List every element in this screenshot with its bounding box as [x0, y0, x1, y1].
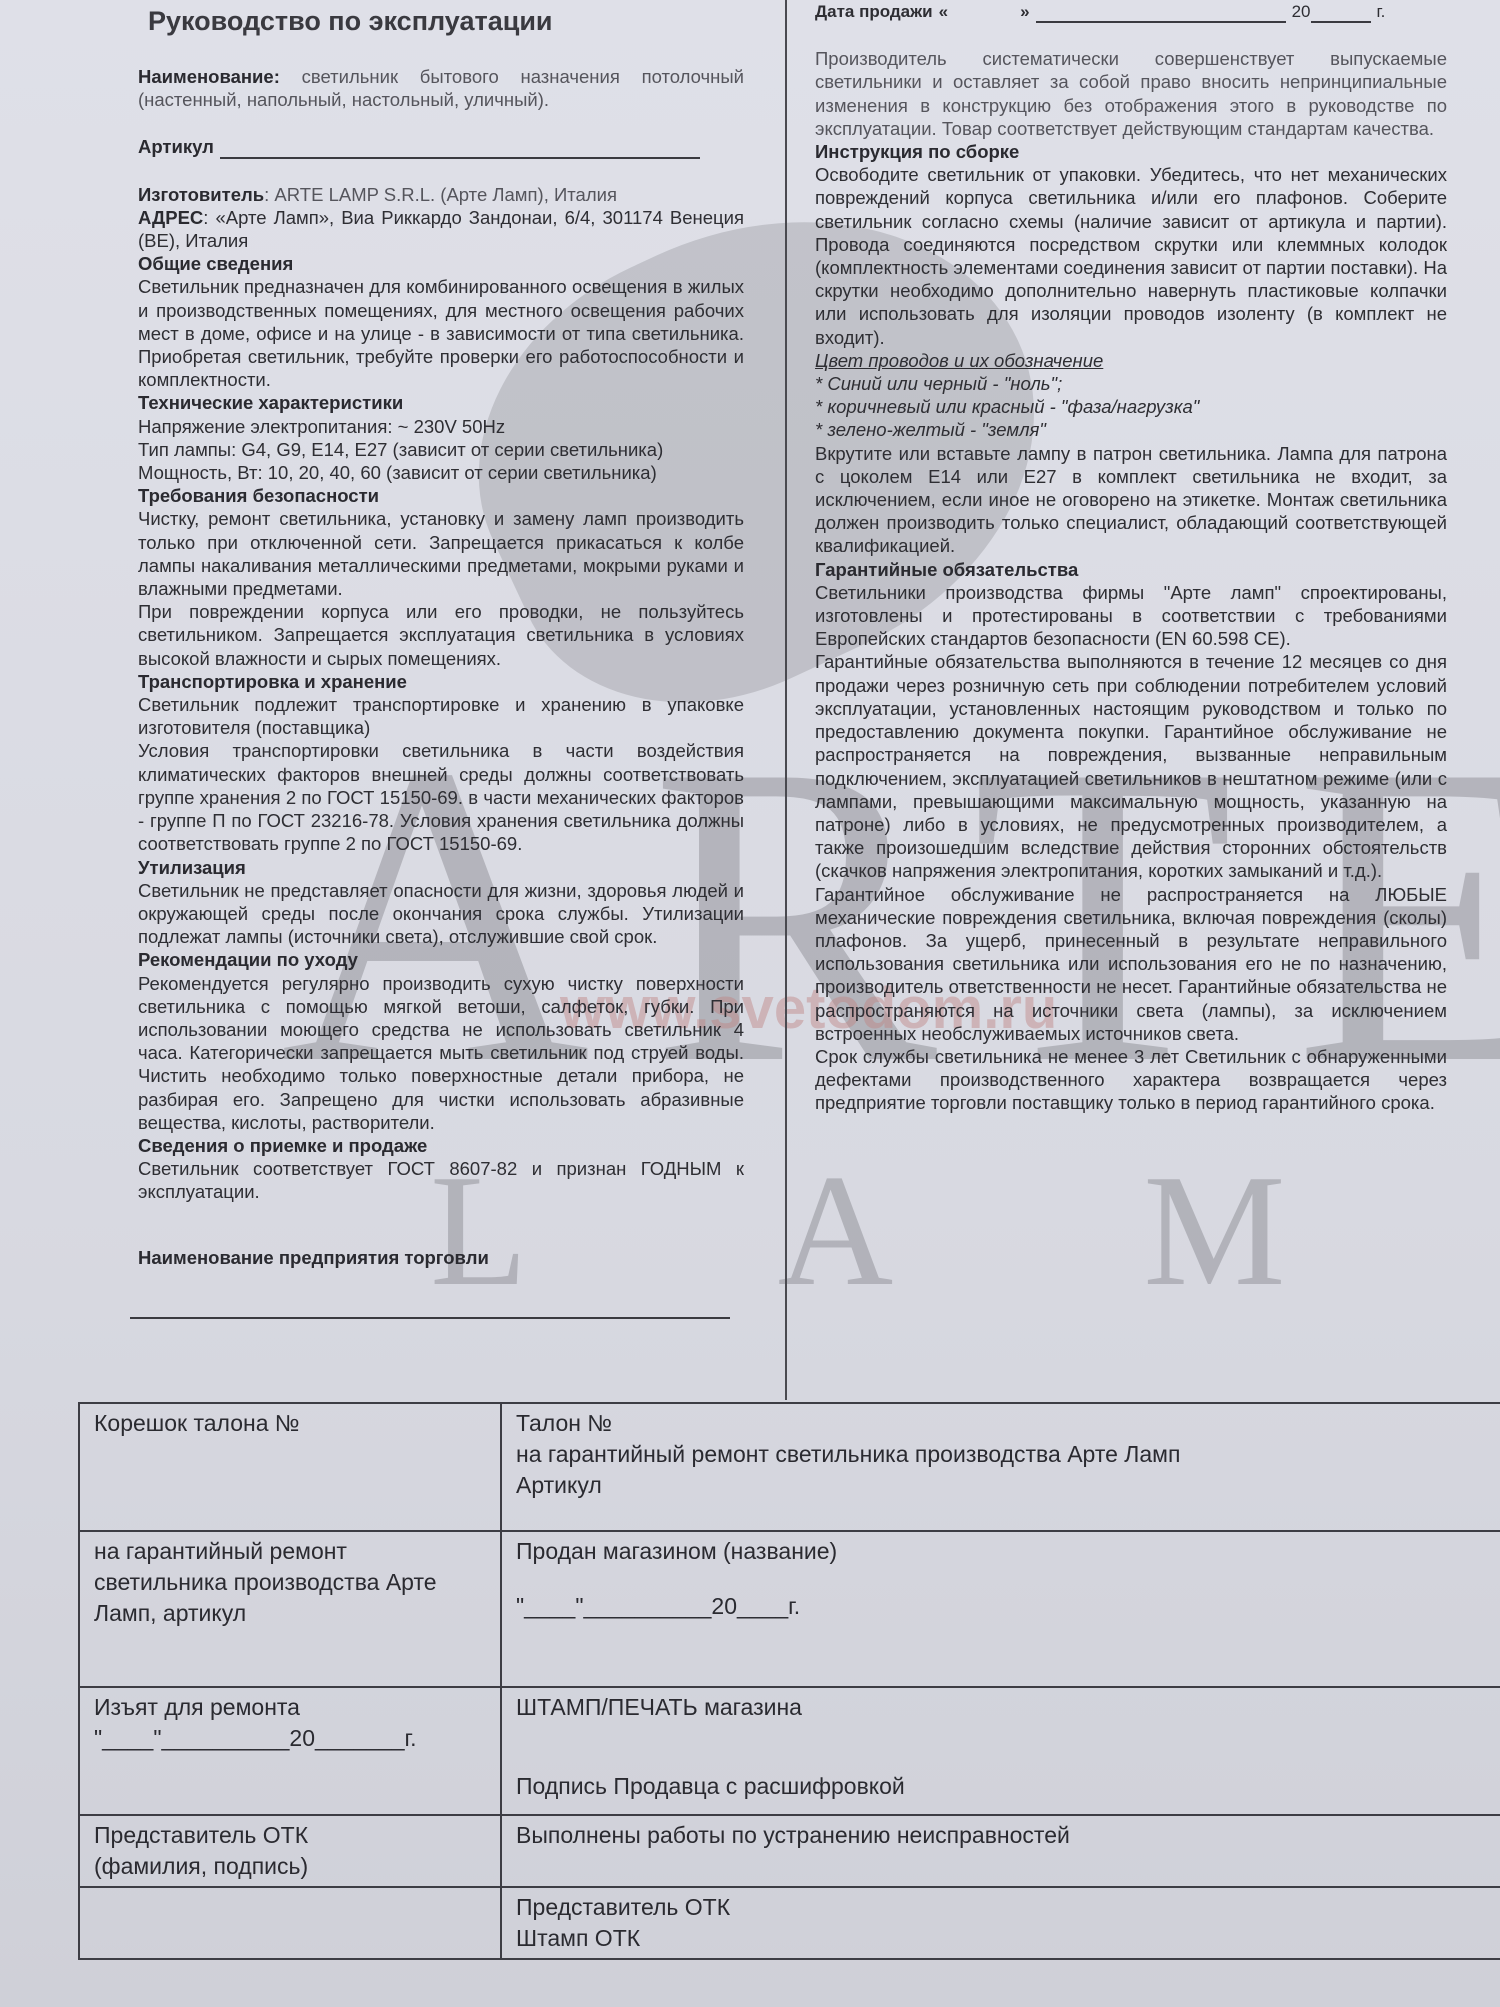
stub-description: на гарантийный ремонт светильника произв… [94, 1536, 486, 1629]
column-divider [785, 0, 787, 1400]
withdrawn-label: Изъят для ремонта [94, 1692, 486, 1723]
sale-date-year-suffix: г. [1377, 0, 1386, 23]
section-text: Светильник предназначен для комбинирован… [138, 275, 744, 391]
coupon-row: на гарантийный ремонт светильника произв… [79, 1531, 1500, 1687]
section-heading: Требования безопасности [138, 484, 744, 507]
wire-color-item: * коричневый или красный - "фаза/нагрузк… [815, 395, 1447, 418]
page-title: Руководство по эксплуатации [148, 5, 744, 37]
manufacturer: Изготовитель: ARTE LAMP S.R.L. (Арте Лам… [138, 183, 744, 206]
warranty-coupon-table: Корешок талона № Талон № на гарантийный … [78, 1402, 1500, 1960]
product-name: Наименование: светильник бытового назнач… [138, 65, 744, 111]
sale-date-year-blank[interactable] [1311, 1, 1371, 23]
section-heading: Технические характеристики [138, 391, 744, 414]
sale-date-field[interactable]: Дата продажи « » 20 г. [815, 0, 1447, 23]
seller-signature-label: Подпись Продавца с расшифровкой [516, 1771, 1500, 1802]
stub-description-cell: на гарантийный ремонт светильника произв… [79, 1531, 501, 1687]
product-name-label: Наименование: [138, 66, 280, 87]
sale-date-month-blank[interactable] [1036, 1, 1286, 23]
trade-name-label: Наименование предприятия торговли [138, 1246, 744, 1269]
section-heading: Транспортировка и хранение [138, 670, 744, 693]
section-text: Светильник подлежит транспортировке и хр… [138, 693, 744, 739]
warranty-text: Светильники производства фирмы "Арте лам… [815, 581, 1447, 651]
left-column: Руководство по эксплуатации Наименование… [138, 5, 744, 1319]
section-text: Светильник не представляет опасности для… [138, 879, 744, 949]
repairs-done-label: Выполнены работы по устранению неисправн… [516, 1820, 1500, 1851]
section-text: При повреждении корпуса или его проводки… [138, 600, 744, 670]
coupon-article-label: Артикул [516, 1470, 1500, 1501]
stub-number-label: Корешок талона № [94, 1408, 486, 1439]
manufacturer-notice: Производитель систематически совершенств… [815, 47, 1447, 140]
warranty-text: Гарантийные обязательства выполняются в … [815, 650, 1447, 882]
spec-lamp-type: Тип лампы: G4, G9, E14, E27 (зависит от … [138, 438, 744, 461]
sold-by-label: Продан магазином (название) [516, 1536, 1500, 1567]
stub-number-cell[interactable]: Корешок талона № [79, 1403, 501, 1531]
address-value: : «Арте Ламп», Виа Риккардо Зандонаи, 6/… [138, 207, 744, 251]
warranty-text: Срок службы светильника не менее 3 лет С… [815, 1045, 1447, 1115]
section-heading: Рекомендации по уходу [138, 948, 744, 971]
wire-color-item: * зелено-желтый - "земля" [815, 418, 1447, 441]
section-text: Чистку, ремонт светильника, установку и … [138, 507, 744, 600]
coupon-row: Изъят для ремонта "____"__________20____… [79, 1687, 1500, 1815]
stamp-label: ШТАМП/ПЕЧАТЬ магазина [516, 1692, 1500, 1723]
empty-stub-cell[interactable] [79, 1887, 501, 1959]
section-text: Светильник соответствует ГОСТ 8607-82 и … [138, 1157, 744, 1203]
withdrawn-cell[interactable]: Изъят для ремонта "____"__________20____… [79, 1687, 501, 1815]
sale-date-year-prefix: 20 [1292, 0, 1311, 23]
section-heading: Гарантийные обязательства [815, 558, 1447, 581]
sale-date-label: Дата продажи [815, 0, 933, 23]
coupon-subtitle: на гарантийный ремонт светильника произв… [516, 1439, 1500, 1470]
coupon-row: Представитель ОТК Штамп ОТК [79, 1887, 1500, 1959]
warranty-text: Гарантийное обслуживание не распространя… [815, 883, 1447, 1045]
spec-voltage: Напряжение электропитания: ~ 230V 50Hz [138, 415, 744, 438]
article-label: Артикул [138, 135, 214, 158]
address-label: АДРЕС [138, 207, 203, 228]
withdrawn-date[interactable]: "____"__________20_______г. [94, 1723, 486, 1754]
section-text: Рекомендуется регулярно производить суху… [138, 972, 744, 1134]
qc-rep-hint: (фамилия, подпись) [94, 1851, 486, 1882]
lamp-instructions: Вкрутите или вставьте лампу в патрон све… [815, 442, 1447, 558]
assembly-text: Освободите светильник от упаковки. Убеди… [815, 163, 1447, 349]
qc-stamp-label: Штамп ОТК [516, 1923, 1500, 1954]
coupon-number-label: Талон № [516, 1408, 1500, 1439]
qc-rep-cell[interactable]: Представитель ОТК (фамилия, подпись) [79, 1815, 501, 1887]
manufacturer-value: : ARTE LAMP S.R.L. (Арте Ламп), Италия [264, 184, 617, 205]
wire-color-item: * Синий или черный - "ноль"; [815, 372, 1447, 395]
sale-date-close-quote: » [1020, 0, 1029, 23]
manual-page: ARTE LAMP www.svetodom.ru Руководство по… [0, 0, 1500, 2007]
article-field[interactable]: Артикул [138, 135, 744, 158]
right-column: Дата продажи « » 20 г. Производитель сис… [815, 0, 1447, 1115]
spec-power: Мощность, Вт: 10, 20, 40, 60 (зависит от… [138, 461, 744, 484]
section-heading: Общие сведения [138, 252, 744, 275]
wire-colors-heading: Цвет проводов и их обозначение [815, 349, 1447, 372]
qc-stamp-cell[interactable]: Представитель ОТК Штамп ОТК [501, 1887, 1500, 1959]
section-heading: Утилизация [138, 856, 744, 879]
coupon-number-cell[interactable]: Талон № на гарантийный ремонт светильник… [501, 1403, 1500, 1531]
qc-rep-label-2: Представитель ОТК [516, 1892, 1500, 1923]
sale-date-open-quote: « [939, 0, 948, 23]
coupon-row: Представитель ОТК (фамилия, подпись) Вып… [79, 1815, 1500, 1887]
repairs-done-cell[interactable]: Выполнены работы по устранению неисправн… [501, 1815, 1500, 1887]
coupon-row: Корешок талона № Талон № на гарантийный … [79, 1403, 1500, 1531]
section-text: Условия транспортировки светильника в ча… [138, 739, 744, 855]
address: АДРЕС: «Арте Ламп», Виа Риккардо Зандона… [138, 206, 744, 252]
sold-date[interactable]: "____"__________20____г. [516, 1591, 1500, 1622]
section-heading: Инструкция по сборке [815, 140, 1447, 163]
stamp-cell[interactable]: ШТАМП/ПЕЧАТЬ магазина Подпись Продавца с… [501, 1687, 1500, 1815]
sold-by-cell[interactable]: Продан магазином (название) "____"______… [501, 1531, 1500, 1687]
article-blank[interactable] [220, 137, 700, 159]
section-heading: Сведения о приемке и продаже [138, 1134, 744, 1157]
trade-name-blank[interactable] [130, 1317, 730, 1319]
manufacturer-label: Изготовитель [138, 184, 264, 205]
qc-rep-label: Представитель ОТК [94, 1820, 486, 1851]
